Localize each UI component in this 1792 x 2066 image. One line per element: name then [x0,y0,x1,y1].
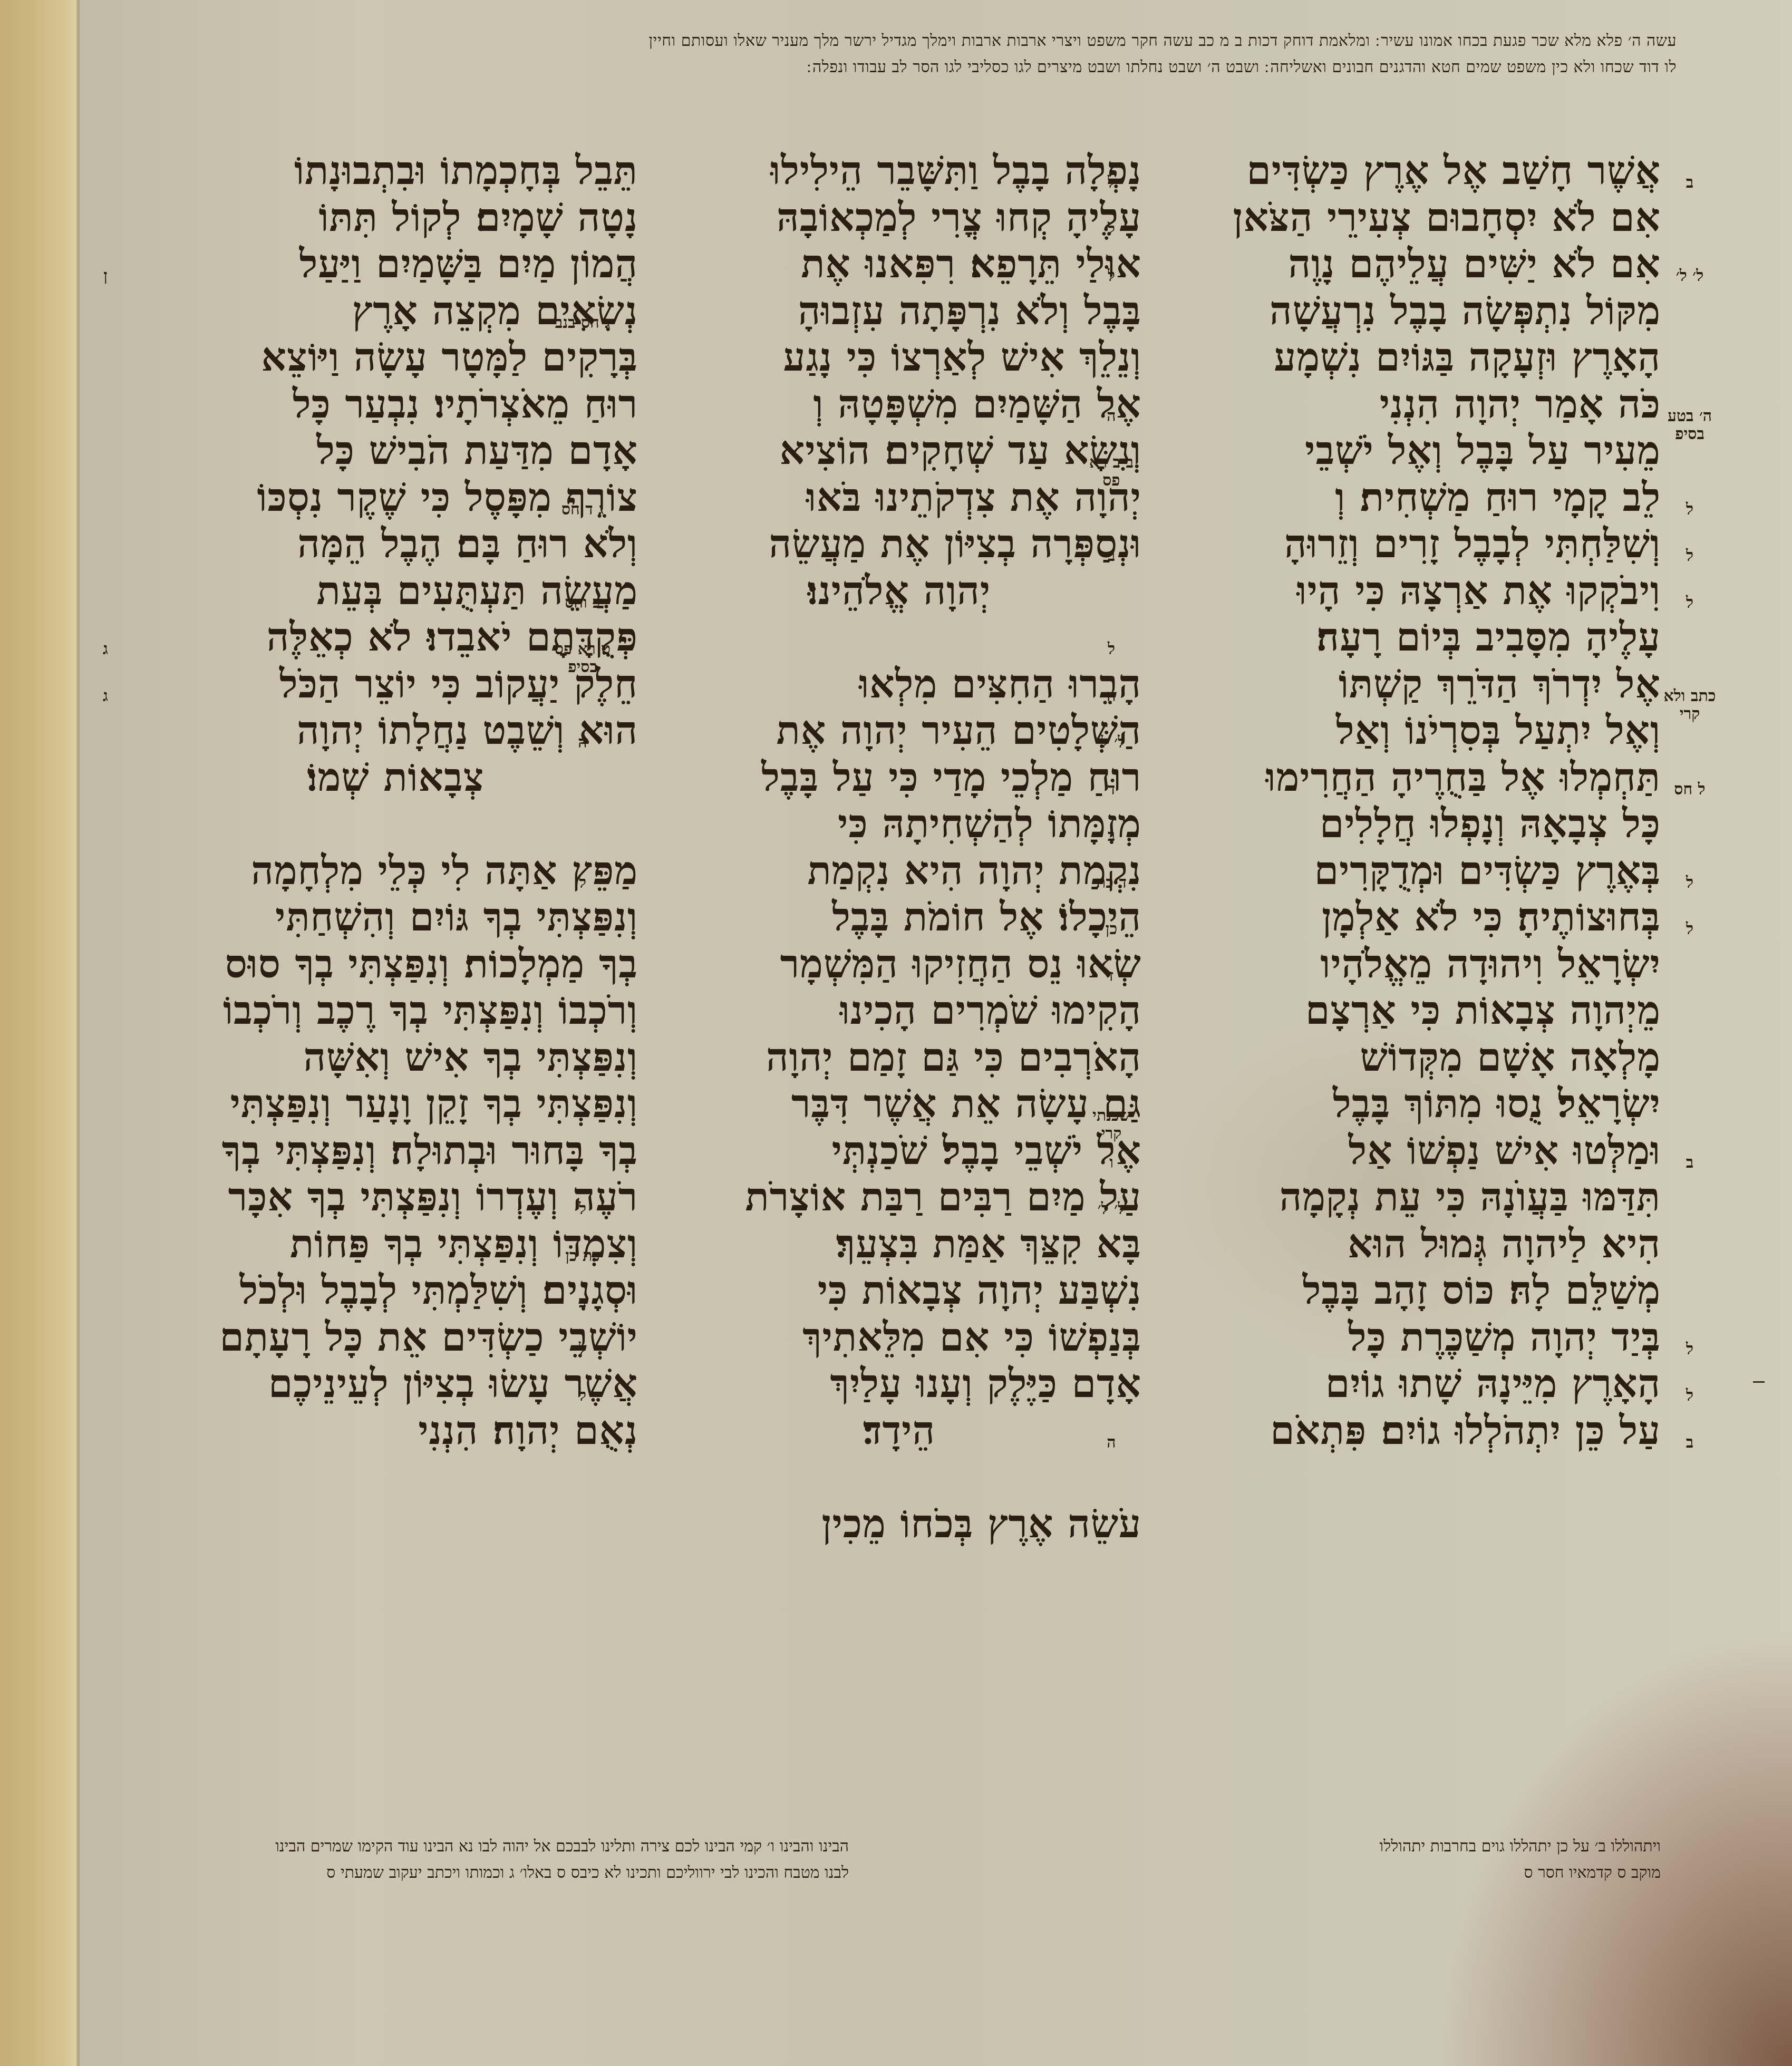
masoretic-note: ג חס בנב [554,314,612,332]
text-line: הָאָרֶץ וּזְעָקָה בַּגּוֹיִם נִשְׁמָע [1197,334,1661,381]
text-column-right: אֲשֶׁר חָשַׁב אֶל אֶרֶץ כַּשְׂדִּיםאִם ל… [1197,148,1661,1454]
text-line: בְּחוּצוֹתֶיהָ׃ כִּי לֹא אַלְמָן [1197,894,1661,941]
masoretic-note: כת כן [554,1247,612,1265]
masoretic-note: ל חס [1661,781,1719,799]
masoretic-note: ל [554,874,612,892]
masora-bottom-right-line-1: ויתהוללו ב׳ על כן יתהללו גוים בחרבות יתה… [1202,1834,1661,1860]
masoretic-note: ב [1661,1154,1719,1172]
text-line: הֵידָד׃ [656,1408,1141,1454]
masoretic-note: ב [1661,174,1719,192]
masoretic-note: ל [554,1200,612,1218]
text-line: וְשִׁלַּחְתִּי לְבָבֶל זָרִים וְזֵרוּהָ [1197,521,1661,568]
masoretic-note: ל [1661,920,1719,938]
masora-bottom-right: ויתהוללו ב׳ על כן יתהללו גוים בחרבות יתה… [1202,1834,1661,1886]
masoretic-note: ה׳ בטע בסיפ [1661,408,1719,443]
text-line: רוּחַ מֵאֹצְרֹתָיו׃ נִבְעַר כָּל [153,381,638,428]
masoretic-note: ב [1082,547,1140,565]
text-line: וְנֵלֵךְ אִישׁ לְאַרְצוֹ כִּי נָגַע [656,334,1141,381]
text-line: הֲמוֹן מַיִם בַּשָּׁמַיִם וַיַּעַל [153,241,638,288]
masoretic-note: ל [1661,501,1719,519]
text-line: אֶל הַשָּׁמַיִם מִשְׁפָּטָהּ וְ [656,381,1141,428]
text-line: וּנְסַפְּרָה בְצִיּוֹן אֶת מַעֲשֵׂה [656,521,1141,568]
masoretic-note: ה [1082,687,1140,705]
text-line: יְהוָה אֱלֹהֵינוּ׃ [656,568,1141,615]
text-line: עַל מַיִם רַבִּים רַבַּת אוֹצָרֹת [656,1174,1141,1221]
masoretic-note: ל [1082,267,1140,285]
text-line: יִשְׂרָאֵל וִיהוּדָה מֵאֱלֹהָיו [1197,941,1661,988]
text-line: וְנִפַּצְתִּי בְךָ גּוֹיִם וְהִשְׁחַתִּי [153,894,638,941]
masoretic-note: ל [1661,1341,1719,1359]
text-line: יְהוָה אֶת צִדְקֹתֵינוּ בֹּאוּ [656,474,1141,521]
text-line: נָטָה שָׁמָיִם׃ לְקוֹל תִּתּוֹ [153,195,638,241]
masoretic-note: ה [1082,408,1140,425]
masoretic-note: ג [76,687,134,705]
text-line: אָדָם מִדַּעַת הֹבִישׁ כָּל [153,428,638,474]
text-line: הָקִימוּ שֹׁמְרִים הָכִינוּ [656,987,1141,1034]
masoretic-note: ט רא פס בסיפ [554,641,612,676]
masoretic-note: ל [1661,547,1719,565]
masoretic-note: ל [1661,594,1719,612]
masora-bottom-left: הבינו והבינו ו׳ קמי הבינו לכם צירה ותלינ… [153,1834,849,1886]
masoretic-note: שכנתי קרי [1082,1107,1140,1143]
text-line: נִקְמַת יְהוָה הִיא נִקְמַת [656,848,1141,895]
masoretic-note: ג [76,641,134,658]
text-line: וְאֶל יִתְעַל בְּסִרְיֹנוֹ וְאַל [1197,707,1661,754]
masoretic-note: ל׳ ל׳ [1661,267,1719,285]
masora-bottom-left-line-2: לבנו מטבח והכינו לבי ירווליכם ותכינו לא … [153,1860,849,1886]
text-line: בְּרָקִים לַמָּטָר עָשָׂה וַיּוֹצֵא [153,334,638,381]
text-line: בָּבֶל וְלֹא נִרְפָּתָה עִזְבוּהָ [656,288,1141,335]
masoretic-note: ל [1661,1387,1719,1405]
blank-line [656,1454,1141,1501]
text-line: נִשְׁבַּע יְהוָה צְבָאוֹת כִּי [656,1267,1141,1314]
manuscript-page: עשה ה׳ פלא מלא שכר פגעת בכחו אמונו עשיר … [0,0,1792,2066]
text-line: עַל כֵּן יִתְהֹלְלוּ גוֹיִם׃ פִּתְאֹם [1197,1408,1661,1454]
text-line: מִקּוֹל נִתְפְּשָׂה בָבֶל נִרְעֲשָׁה [1197,288,1661,335]
masora-top-line-1: עשה ה׳ פלא מלא שכר פגעת בכחו אמונו עשיר … [137,31,1677,52]
masoretic-note: ל [1661,874,1719,892]
masoretic-note: ב וחס [554,594,612,612]
text-line: הִיא לַיהוָה גְּמוּל הוּא [1197,1221,1661,1268]
masoretic-note: ב [554,1294,612,1312]
masora-top-line-2: לו דוד שכחו ולא כין משפט שמים חטא והדגני… [137,57,1677,78]
text-line: עֹשֵׂה אֶרֶץ בְּכֹחוֹ מֵכִין [656,1501,1141,1548]
text-line: בְּנַפְשׁוֹ כִּי אִם מִלֵּאתִיךְ [656,1314,1141,1361]
text-line: רוּחַ מַלְכֵי מָדַי כִּי עַל בָּבֶל [656,754,1141,801]
text-line: אוּלַי תֵּרָפֵא׃ רִפִּאנוּ אֶת [656,241,1141,288]
masoretic-note: ל [554,1387,612,1405]
blank-line [153,801,638,848]
text-line: מֵיְהוָה צְבָאוֹת כִּי אַרְצָם [1197,987,1661,1034]
text-line: שְׂאוּ נֵס הַחֲזִיקוּ הַמִּשְׁמָר [656,941,1141,988]
text-line: אֶל יִדְרֹךְ הַדֹּרֵךְ קַשְׁתּוֹ [1197,661,1661,708]
text-line: תַּחְמְלוּ אֶל בַּחֻרֶיהָ הַחֲרִימוּ [1197,754,1661,801]
text-line: בָּא קִצֵּךְ אַמַּת בִּצְעֵךְ׃ [656,1221,1141,1268]
text-line: עָלֶיהָ מִסָּבִיב בְּיוֹם רָעָה׃ [1197,614,1661,661]
text-line: מְזִמָּתוֹ לְהַשְׁחִיתָהּ כִּי [656,801,1141,848]
masoretic-note: ו [1082,1154,1140,1172]
masoretic-note: ג ד חס [554,501,612,519]
text-line: וְנִפַּצְתִּי בְךָ אִישׁ וְאִשָּׁה [153,1034,638,1081]
text-line: הָבֵרוּ הַחִצִּים מִלְאוּ [656,661,1141,708]
text-line: כָּל צְבָאָהּ וְנָפְלוּ חֲלָלִים [1197,801,1661,848]
text-line: כֹּה אָמַר יְהוָה הִנְנִי [1197,381,1661,428]
text-line: הַשְּׁלָטִים הֵעִיר יְהוָה אֶת [656,707,1141,754]
text-line: יִשְׂרָאֵל׃ נֻסוּ מִתּוֹךְ בָּבֶל [1197,1081,1661,1128]
text-line: בְּאֶרֶץ כַּשְׂדִּים וּמְדֻקָּרִים [1197,848,1661,895]
text-line: וְנִשָּׂא עַד שְׁחָקִים׃ הוֹצִיא [656,428,1141,474]
masoretic-note: ן [76,267,134,285]
masoretic-note: ל׳ ל׳ [1082,734,1140,752]
text-line: אִם לֹא יַשִּׁים עֲלֵיהֶם נָוֶה [1197,241,1661,288]
text-line: וִיבֹקְקוּ אֶת אַרְצָהּ כִּי הָיוּ [1197,568,1661,615]
masoretic-note: ה [1082,1434,1140,1452]
text-line: גַּם עָשָׂה אֵת אֲשֶׁר דִּבֶּר [656,1081,1141,1128]
masoretic-note: ב [1082,827,1140,845]
masoretic-note: ה [554,734,612,752]
text-line: מָלְאָה אָשָׁם מִקְּדוֹשׁ [1197,1034,1661,1081]
masora-bottom-left-line-1: הבינו והבינו ו׳ קמי הבינו לכם צירה ותלינ… [153,1834,849,1860]
text-line: אֶל יֹשְׁבֵי בָבֶל׃ שֹׁכַנְתְּי [656,1128,1141,1175]
text-line: וְרֹכְבוֹ וְנִפַּצְתִּי בְךָ רֶכֶב וְרֹכ… [153,987,638,1034]
text-line: תִּדַּמּוּ בַּעֲוֺנָהּ כִּי עֵת נְקָמָה [1197,1174,1661,1221]
masoretic-note: ז [1082,967,1140,985]
blank-line [656,614,1141,661]
masoretic-note: ל׳ ל׳ [1082,1200,1140,1218]
text-line: נָפְלָה בָבֶל וַתִּשָּׁבֵר הֵילִילוּ [656,148,1141,195]
margin-dash-mark [1753,1381,1765,1383]
masoretic-note: ל [1082,174,1140,192]
masoretic-note: כן [1082,920,1140,938]
text-line: בְךָ בָּחוּר וּבְתוּלָה׃ וְנִפַּצְתִּי ב… [153,1128,638,1175]
masoretic-note: ל [1082,641,1140,658]
text-column-middle: נָפְלָה בָבֶל וַתִּשָּׁבֵר הֵילִילוּעָלֶ… [656,148,1141,1547]
text-line: וּמַלְּטוּ אִישׁ נַפְשׁוֹ אַל [1197,1128,1661,1175]
text-line: נְאֻם יְהוָה׃ הִנְנִי [153,1408,638,1454]
text-line: וְנִפַּצְתִּי בְךָ זָקֵן וָנָעַר וְנִפַּ… [153,1081,638,1128]
text-line: אָדָם כַּיֶּלֶק וְעָנוּ עָלַיִךְ [656,1361,1141,1408]
text-line: הָאָרֶץ מִיֵּינָהּ שָׁתוּ גוֹיִם [1197,1361,1661,1408]
text-line: הָאֹרְבִים כִּי גַּם זָמַם יְהוָה [656,1034,1141,1081]
text-line: תֵּבֵל בְּחָכְמָתוֹ וּבִתְבוּנָתוֹ [153,148,638,195]
masoretic-note: ב [1661,1434,1719,1452]
text-line: לֵב קָמָי רוּחַ מַשְׁחִית׃ וְ [1197,474,1661,521]
masoretic-note: ל [1082,221,1140,239]
masoretic-note: ל [1082,1294,1140,1312]
masora-bottom-right-line-2: מוקב ס קדמאיו חסר ס [1202,1860,1661,1886]
text-line: וְלֹא רוּחַ בָּם׃ הֶבֶל הֵמָּה [153,521,638,568]
masoretic-note: ד [1082,781,1140,799]
text-line: בְךָ מַמְלָכוֹת׃ וְנִפַּצְתִּי בְךָ סוּס [153,941,638,988]
masoretic-note: ד כת [1082,874,1140,892]
text-line: עָלֶיהָ קְחוּ צֳרִי לְמַכְאוֹבָהּ [656,195,1141,241]
text-line: בְּיַד יְהוָה מְשַׁכֶּרֶת כָּל [1197,1314,1661,1361]
masoretic-note: כתב ולא קרי [1661,687,1719,723]
text-line: אִם לֹא יִסְחָבוּם צְעִירֵי הַצֹּאן [1197,195,1661,241]
binding-strip [0,0,78,2066]
masoretic-note: ל [554,1341,612,1359]
page-edge [76,0,80,2066]
masoretic-note: ב ב רא פס [1082,454,1140,490]
text-line: צְבָאוֹת שְׁמוֹ׃ [153,754,638,801]
text-line: מְשַׁלֵּם לָהּ׃ כּוֹס זָהָב בָּבֶל [1197,1267,1661,1314]
text-line: מֵעִיר עַל בָּבֶל וְאֶל יֹשְׁבֵי [1197,428,1661,474]
text-line: אֲשֶׁר חָשַׁב אֶל אֶרֶץ כַּשְׂדִּים [1197,148,1661,195]
text-line: הֵיכָלוֹ׃ אֶל חוֹמֹת בָּבֶל [656,894,1141,941]
